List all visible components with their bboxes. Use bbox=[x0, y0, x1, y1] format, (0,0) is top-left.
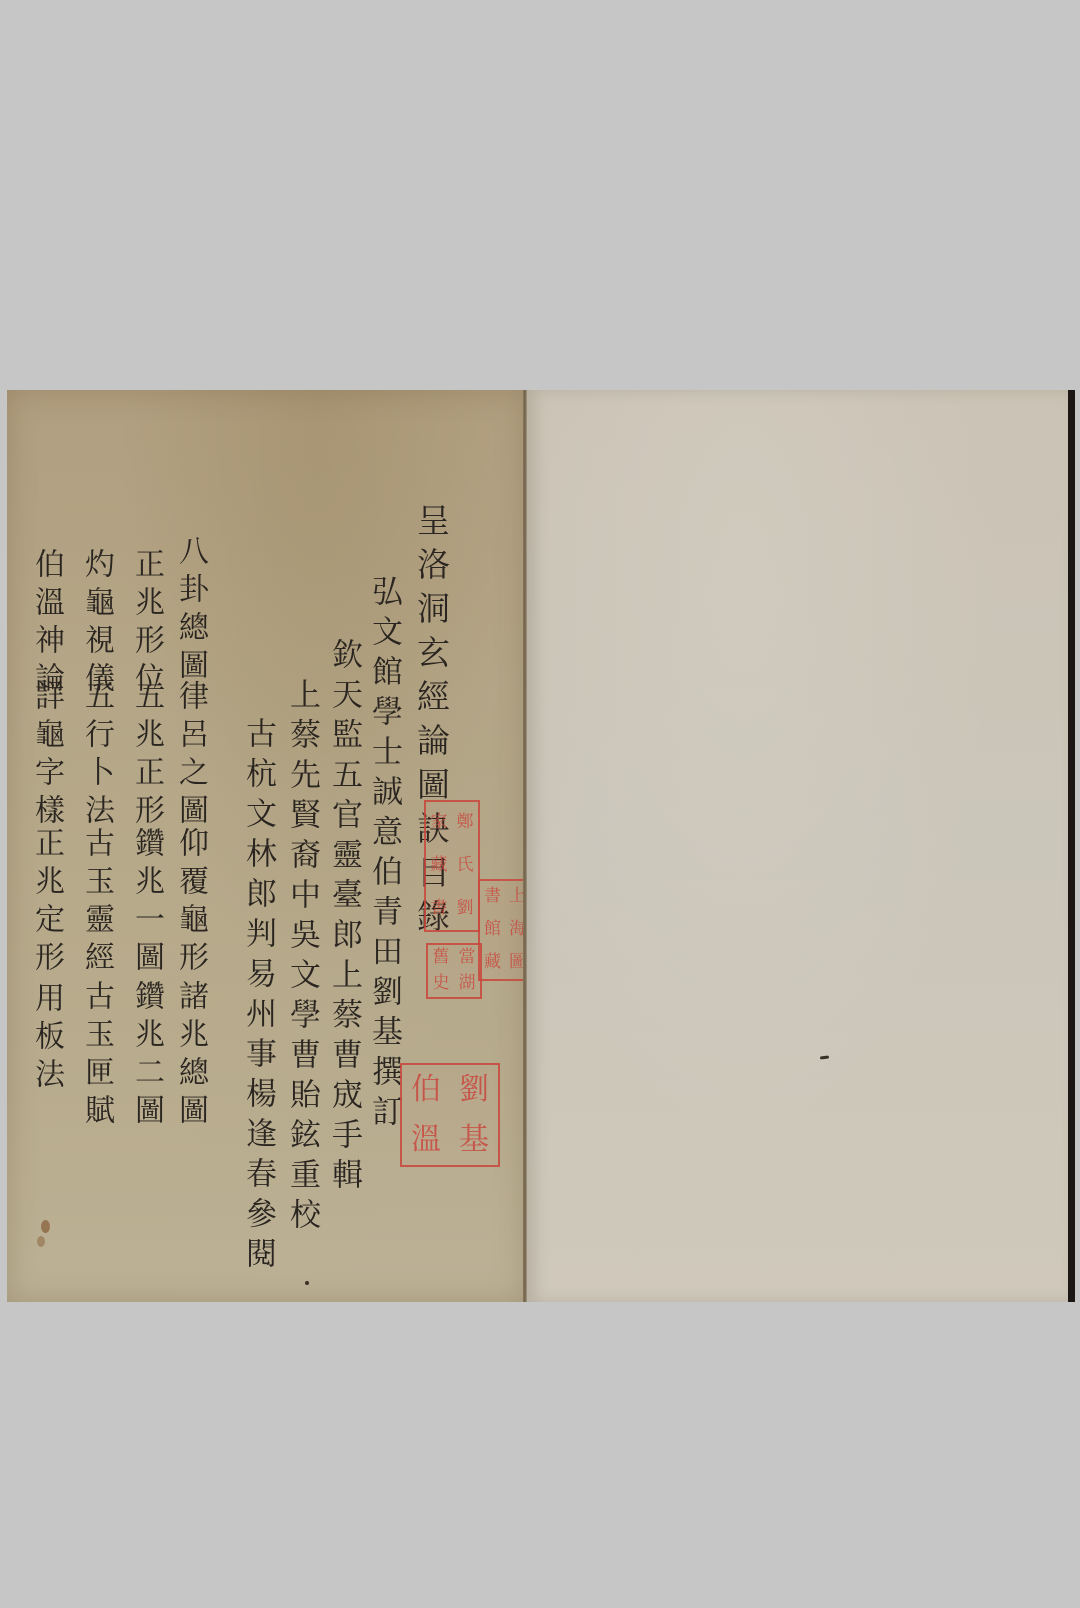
credit-line-1: 弘文館學士誠意伯青田劉基撰訂 bbox=[368, 575, 399, 1135]
toc-entry: 古玉靈經 bbox=[81, 827, 111, 979]
toc-entry: 鑽兆一圖 bbox=[131, 827, 161, 979]
toc-entry: 五兆正形 bbox=[131, 680, 161, 832]
right-page bbox=[527, 390, 1068, 1302]
credit-line-4: 古杭文林郎判易州事楊逢春參閱 bbox=[242, 717, 273, 1277]
seal-char: 氏 bbox=[452, 845, 478, 888]
paper-stain bbox=[37, 1236, 45, 1247]
paper-stain bbox=[41, 1220, 50, 1233]
seal-char: 鄭 bbox=[452, 802, 478, 845]
seal-char: 館 bbox=[480, 914, 505, 947]
seal-char: 書 bbox=[426, 887, 452, 930]
collector-seal-3: 舊 當 史 湖 bbox=[426, 943, 482, 999]
toc-entry: 五行卜法 bbox=[81, 680, 111, 832]
seal-char: 伯 bbox=[402, 1065, 450, 1115]
toc-entry: 古玉匣賦 bbox=[81, 980, 111, 1132]
author-seal: 伯 劉 溫 基 bbox=[400, 1063, 500, 1167]
credit-line-2: 欽天監五官靈臺郎上蔡曹宬手輯 bbox=[328, 638, 359, 1198]
seal-char: 劉 bbox=[450, 1065, 498, 1115]
toc-entry: 正兆定形 bbox=[31, 827, 61, 979]
seal-char: 劉 bbox=[452, 887, 478, 930]
paper-speck bbox=[820, 1055, 829, 1059]
seal-char: 溫 bbox=[402, 1115, 450, 1165]
toc-entry: 仰覆龜形 bbox=[175, 827, 205, 979]
toc-entry: 諸兆總圖 bbox=[175, 980, 205, 1132]
seal-char: 書 bbox=[480, 881, 505, 914]
toc-entry: 伯溫神論 bbox=[31, 548, 61, 700]
seal-char: 家 bbox=[426, 802, 452, 845]
left-page: 呈洛洞玄經論圖訣目錄 弘文館學士誠意伯青田劉基撰訂 欽天監五官靈臺郎上蔡曹宬手輯… bbox=[7, 390, 525, 1302]
toc-entry: 詳龜字樣 bbox=[31, 680, 61, 832]
collector-seal-1: 家 鄭 藏 氏 書 劉 bbox=[424, 800, 480, 932]
credit-line-3: 上蔡先賢裔中吳文學曹貽鉉重校 bbox=[286, 678, 317, 1238]
seal-char: 當 bbox=[454, 945, 480, 971]
toc-entry: 用板法 bbox=[31, 982, 61, 1096]
toc-entry: 正兆形位 bbox=[131, 548, 161, 700]
seal-char: 史 bbox=[428, 971, 454, 997]
paper-speck bbox=[305, 1281, 309, 1285]
toc-entry: 灼龜視儀 bbox=[81, 548, 111, 700]
book-spine-edge bbox=[1068, 390, 1075, 1302]
seal-char: 藏 bbox=[480, 946, 505, 979]
seal-char: 藏 bbox=[426, 845, 452, 888]
seal-char: 舊 bbox=[428, 945, 454, 971]
seal-char: 基 bbox=[450, 1115, 498, 1165]
toc-entry: 鑽兆二圖 bbox=[131, 980, 161, 1132]
book-spread: 呈洛洞玄經論圖訣目錄 弘文館學士誠意伯青田劉基撰訂 欽天監五官靈臺郎上蔡曹宬手輯… bbox=[7, 390, 1075, 1302]
toc-entry: 律呂之圖 bbox=[175, 680, 205, 832]
toc-entry: 八卦總圖 bbox=[175, 535, 205, 687]
seal-char: 湖 bbox=[454, 971, 480, 997]
